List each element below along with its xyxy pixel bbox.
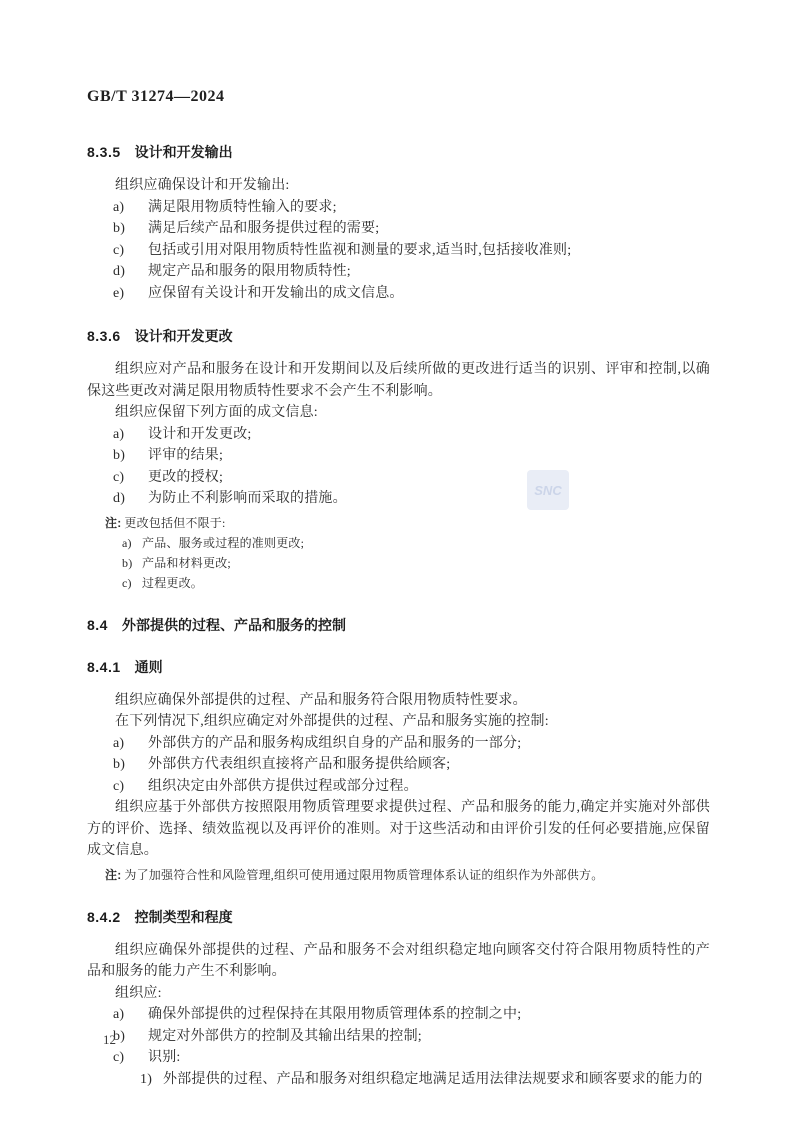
list-item-label: a) xyxy=(122,533,132,553)
list-item-text: 外部供方代表组织直接将产品和服务提供给顾客; xyxy=(148,757,450,772)
list-item-text: 外部供方的产品和服务构成组织自身的产品和服务的一部分; xyxy=(148,736,521,751)
list-item-text: 产品和材料更改; xyxy=(142,556,231,570)
section-number: 8.3.6 xyxy=(87,328,121,344)
list-item: a)确保外部提供的过程保持在其限用物质管理体系的控制之中; xyxy=(87,1004,710,1026)
section-number: 8.4.1 xyxy=(87,659,121,675)
list-item-label: b) xyxy=(113,754,125,776)
paragraph: 组织应保留下列方面的成文信息: xyxy=(87,402,710,424)
section-heading-8-4-2: 8.4.2控制类型和程度 xyxy=(87,907,710,927)
list-item-label: d) xyxy=(113,261,125,283)
note-list-item: a)产品、服务或过程的准则更改; xyxy=(105,533,710,553)
ordered-list: a)外部供方的产品和服务构成组织自身的产品和服务的一部分; b)外部供方代表组织… xyxy=(87,733,710,798)
list-item-text: 识别: xyxy=(148,1050,181,1065)
list-item-text: 产品、服务或过程的准则更改; xyxy=(142,536,304,550)
section-8-4-2: 8.4.2控制类型和程度 组织应确保外部提供的过程、产品和服务不会对组织稳定地向… xyxy=(87,907,710,1091)
section-heading-8-3-5: 8.3.5设计和开发输出 xyxy=(87,142,710,162)
list-item: b)外部供方代表组织直接将产品和服务提供给顾客; xyxy=(87,754,710,776)
section-number: 8.3.5 xyxy=(87,144,121,160)
paragraph: 在下列情况下,组织应确定对外部提供的过程、产品和服务实施的控制: xyxy=(87,711,710,733)
section-heading-8-4: 8.4外部提供的过程、产品和服务的控制 xyxy=(87,615,710,635)
paragraph: 组织应对产品和服务在设计和开发期间以及后续所做的更改进行适当的识别、评审和控制,… xyxy=(87,359,710,402)
note-list-item: b)产品和材料更改; xyxy=(105,553,710,573)
note-text: 为了加强符合性和风险管理,组织可使用通过限用物质管理体系认证的组织作为外部供方。 xyxy=(124,868,603,882)
list-item-text: 确保外部提供的过程保持在其限用物质管理体系的控制之中; xyxy=(148,1007,521,1022)
list-item-label: b) xyxy=(113,218,125,240)
list-item: c)识别: xyxy=(87,1047,710,1069)
note-intro: 注:更改包括但不限于: xyxy=(105,513,710,533)
standard-code: GB/T 31274—2024 xyxy=(87,88,710,106)
section-8-4-1: 8.4.1通则 组织应确保外部提供的过程、产品和服务符合限用物质特性要求。 在下… xyxy=(87,657,710,885)
list-item: d)为防止不利影响而采取的措施。 xyxy=(87,488,710,510)
list-item: a)设计和开发更改; xyxy=(87,424,710,446)
list-item-label: c) xyxy=(113,776,124,798)
section-heading-8-3-6: 8.3.6设计和开发更改 xyxy=(87,326,710,346)
section-8-3-5: 8.3.5设计和开发输出 组织应确保设计和开发输出: a)满足限用物质特性输入的… xyxy=(87,142,710,304)
section-title: 通则 xyxy=(135,659,163,675)
paragraph: 组织应: xyxy=(87,983,710,1005)
list-item-label: d) xyxy=(113,488,125,510)
note-intro: 注:为了加强符合性和风险管理,组织可使用通过限用物质管理体系认证的组织作为外部供… xyxy=(105,865,710,885)
list-item: a)外部供方的产品和服务构成组织自身的产品和服务的一部分; xyxy=(87,733,710,755)
note-list-item: c)过程更改。 xyxy=(105,573,710,593)
section-number: 8.4 xyxy=(87,617,108,633)
ordered-list: a)确保外部提供的过程保持在其限用物质管理体系的控制之中; b)规定对外部供方的… xyxy=(87,1004,710,1090)
section-title: 设计和开发更改 xyxy=(135,328,233,344)
list-item: c)更改的授权; xyxy=(87,467,710,489)
list-item-label: a) xyxy=(113,197,124,219)
section-title: 设计和开发输出 xyxy=(135,144,233,160)
sub-list-item: 1)外部提供的过程、产品和服务对组织稳定地满足适用法律法规要求和顾客要求的能力的 xyxy=(87,1069,710,1091)
paragraph: 组织应确保外部提供的过程、产品和服务符合限用物质特性要求。 xyxy=(87,690,710,712)
list-item-label: a) xyxy=(113,733,124,755)
list-item-label: c) xyxy=(113,1047,124,1069)
scan-watermark-logo: SNC xyxy=(527,470,569,510)
list-item-text: 设计和开发更改; xyxy=(148,427,252,442)
list-item-text: 评审的结果; xyxy=(148,448,223,463)
list-item-text: 规定对外部供方的控制及其输出结果的控制; xyxy=(148,1029,422,1044)
list-item-text: 组织决定由外部供方提供过程或部分过程。 xyxy=(148,779,418,794)
list-item: a)满足限用物质特性输入的要求; xyxy=(87,197,710,219)
list-item: b)满足后续产品和服务提供过程的需要; xyxy=(87,218,710,240)
list-item: e)应保留有关设计和开发输出的成文信息。 xyxy=(87,283,710,305)
section-title: 外部提供的过程、产品和服务的控制 xyxy=(122,617,346,633)
page-content: GB/T 31274—2024 8.3.5设计和开发输出 组织应确保设计和开发输… xyxy=(87,88,710,1090)
list-item-text: 更改的授权; xyxy=(148,470,223,485)
section-title: 控制类型和程度 xyxy=(135,909,233,925)
list-item-text: 包括或引用对限用物质特性监视和测量的要求,适当时,包括接收准则; xyxy=(148,243,571,258)
note-text: 更改包括但不限于: xyxy=(124,516,225,530)
list-item: c)组织决定由外部供方提供过程或部分过程。 xyxy=(87,776,710,798)
list-item-text: 满足后续产品和服务提供过程的需要; xyxy=(148,221,379,236)
list-item-label: b) xyxy=(113,445,125,467)
list-item-label: a) xyxy=(113,1004,124,1026)
note-label: 注: xyxy=(105,868,121,882)
document-page: GB/T 31274—2024 8.3.5设计和开发输出 组织应确保设计和开发输… xyxy=(0,0,794,1123)
ordered-list: a)满足限用物质特性输入的要求; b)满足后续产品和服务提供过程的需要; c)包… xyxy=(87,197,710,305)
list-item: b)规定对外部供方的控制及其输出结果的控制; xyxy=(87,1026,710,1048)
paragraph: 组织应确保外部提供的过程、产品和服务不会对组织稳定地向顾客交付符合限用物质特性的… xyxy=(87,940,710,983)
list-item-label: c) xyxy=(113,240,124,262)
list-item-label: c) xyxy=(122,573,132,593)
list-item-label: e) xyxy=(113,283,124,305)
list-item-label: 1) xyxy=(140,1069,152,1091)
list-item-label: a) xyxy=(113,424,124,446)
list-item: b)评审的结果; xyxy=(87,445,710,467)
list-item-text: 应保留有关设计和开发输出的成文信息。 xyxy=(148,286,404,301)
note-block: 注:为了加强符合性和风险管理,组织可使用通过限用物质管理体系认证的组织作为外部供… xyxy=(105,865,710,885)
list-item-text: 为防止不利影响而采取的措施。 xyxy=(148,491,347,506)
list-item-text: 满足限用物质特性输入的要求; xyxy=(148,200,337,215)
ordered-list: a)设计和开发更改; b)评审的结果; c)更改的授权; d)为防止不利影响而采… xyxy=(87,424,710,510)
note-label: 注: xyxy=(105,516,121,530)
list-item-label: b) xyxy=(122,553,132,573)
page-number: 12 xyxy=(103,1032,116,1048)
section-8-4: 8.4外部提供的过程、产品和服务的控制 xyxy=(87,615,710,635)
paragraph: 组织应基于外部供方按照限用物质管理要求提供过程、产品和服务的能力,确定并实施对外… xyxy=(87,797,710,862)
note-block: 注:更改包括但不限于: a)产品、服务或过程的准则更改; b)产品和材料更改; … xyxy=(105,513,710,593)
section-heading-8-4-1: 8.4.1通则 xyxy=(87,657,710,677)
section-8-3-6: 8.3.6设计和开发更改 组织应对产品和服务在设计和开发期间以及后续所做的更改进… xyxy=(87,326,710,593)
list-item-text: 外部提供的过程、产品和服务对组织稳定地满足适用法律法规要求和顾客要求的能力的 xyxy=(163,1072,703,1087)
paragraph: 组织应确保设计和开发输出: xyxy=(87,175,710,197)
list-item-text: 过程更改。 xyxy=(142,576,203,590)
section-number: 8.4.2 xyxy=(87,909,121,925)
list-item: d)规定产品和服务的限用物质特性; xyxy=(87,261,710,283)
list-item: c)包括或引用对限用物质特性监视和测量的要求,适当时,包括接收准则; xyxy=(87,240,710,262)
list-item-text: 规定产品和服务的限用物质特性; xyxy=(148,264,351,279)
list-item-label: c) xyxy=(113,467,124,489)
